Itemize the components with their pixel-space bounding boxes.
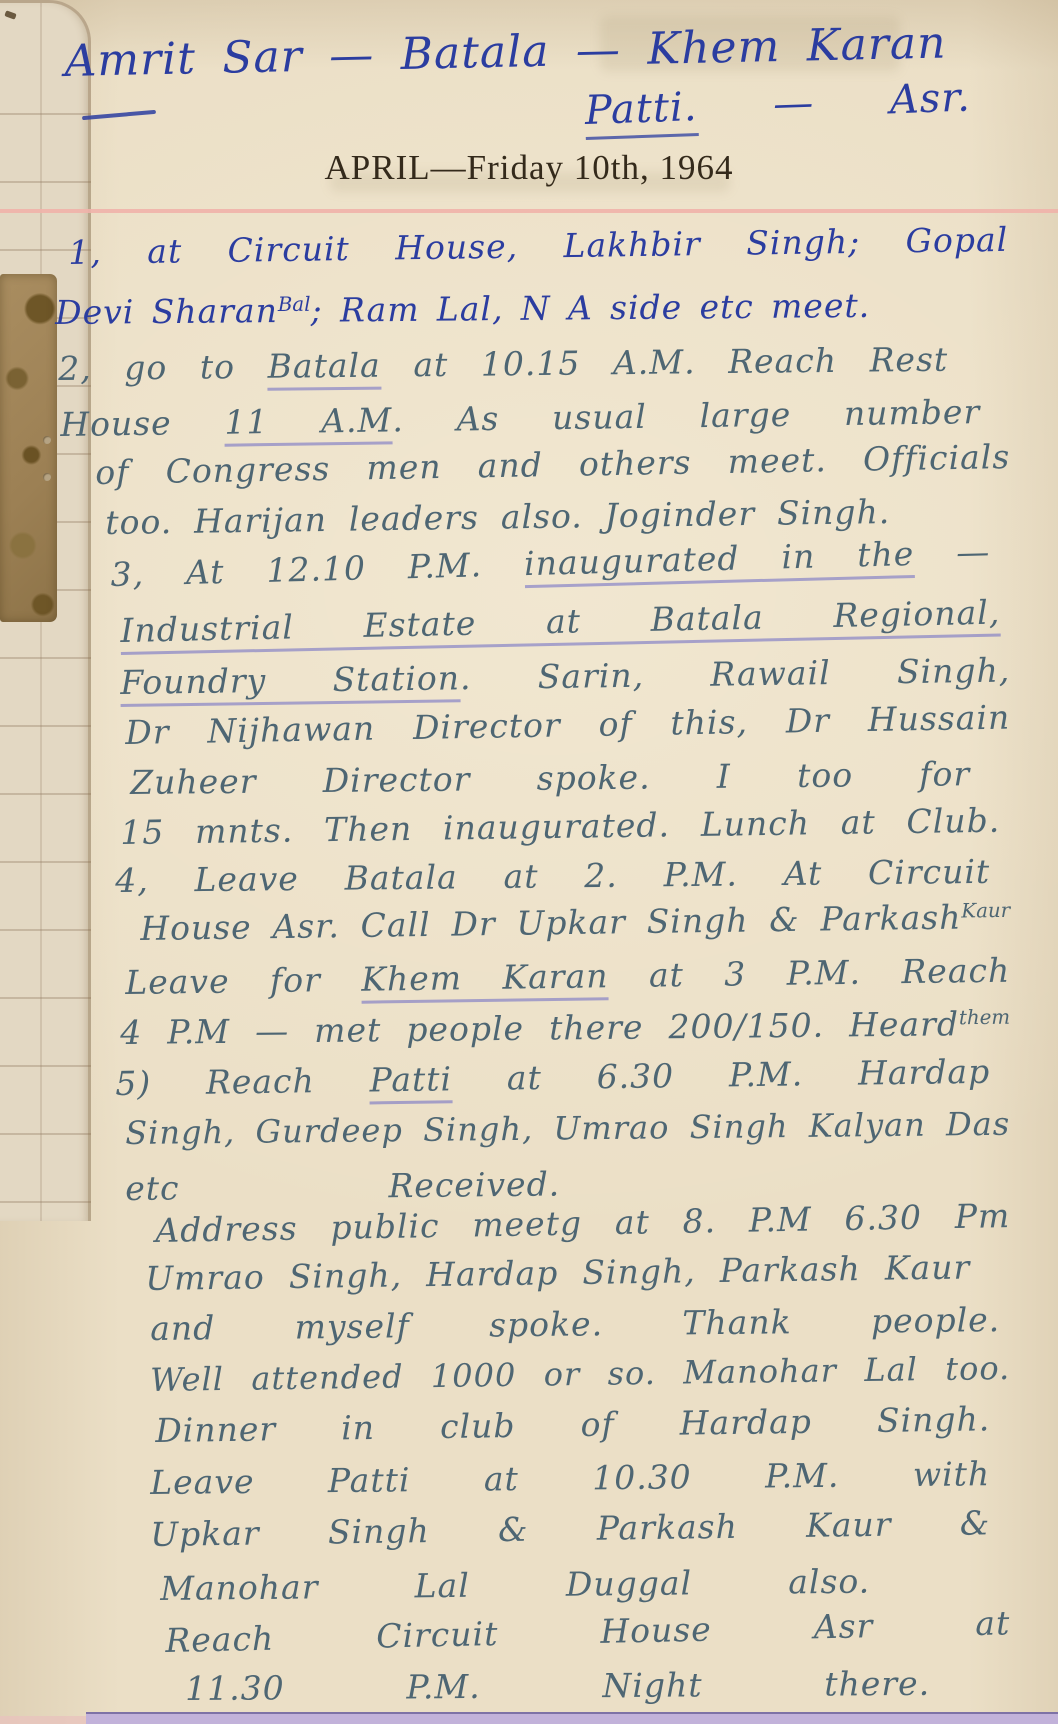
superscript-text: Kaur — [961, 899, 1010, 923]
binding-hole — [43, 436, 51, 444]
line-text: 5) Reach — [115, 1060, 370, 1103]
handwritten-line-24: Dinner in club of Hardap Singh. — [155, 1398, 990, 1451]
line-text: Singh, Gurdeep Singh, Umrao Singh Kalyan… — [125, 1105, 1010, 1152]
handwritten-line-25: Leave Patti at 10.30 P.M. with — [150, 1453, 990, 1503]
line-text: 3, At 12.10 P.M. — [110, 544, 525, 594]
handwritten-line-11: Zuheer Director spoke. I too for — [130, 753, 970, 803]
tape-stain — [0, 274, 57, 622]
line-text: 1, at Circuit House, Lakhbir Singh; Gopa… — [68, 220, 1008, 272]
handwritten-line-26: Upkar Singh & Parkash Kaur & — [150, 1502, 990, 1555]
line-text: Leave for — [125, 960, 362, 1002]
line-text: . Sarin, Rawail Singh, — [460, 651, 1011, 698]
handwritten-line-2: Devi SharanBal; Ram Lal, N A side etc me… — [55, 285, 870, 333]
line-text: Manohar Lal Duggal also. — [160, 1562, 870, 1608]
bottom-left-pink-edge — [0, 1716, 86, 1724]
handwritten-line-22: and myself spoke. Thank people. — [150, 1299, 1000, 1349]
handwritten-line-16: 4 P.M — met people there 200/150. Heardt… — [120, 1003, 1010, 1054]
line-text: too. Harijan leaders also. Joginder Sing… — [105, 492, 890, 542]
line-text: 4 P.M — met people there 200/150. Heard — [120, 1004, 959, 1052]
line-text: Dinner in club of Hardap Singh. — [155, 1399, 990, 1450]
underlined-text: Batala — [267, 346, 381, 391]
line-text: 4, Leave Batala at 2. P.M. At Circuit — [115, 852, 990, 900]
handwritten-line-1: 1, at Circuit House, Lakhbir Singh; Gopa… — [68, 219, 1008, 273]
line-text: ; Ram Lal, N A side etc meet. — [310, 286, 870, 330]
route-patti-underlined: Patti. — [584, 84, 698, 140]
handwritten-line-14: House Asr. Call Dr Upkar Singh & Parkash… — [140, 896, 1010, 949]
handwritten-line-19: etc Received. — [125, 1163, 560, 1209]
handwritten-line-29: 11.30 P.M. Night there. — [185, 1663, 930, 1709]
printed-date: APRIL—Friday 10th, 1964 — [0, 148, 1058, 188]
binding-hole — [43, 473, 51, 481]
line-text: . As usual large number — [392, 392, 980, 439]
handwritten-line-15: Leave for Khem Karan at 3 P.M. Reach — [125, 950, 1010, 1004]
handwritten-line-6: too. Harijan leaders also. Joginder Sing… — [105, 491, 890, 543]
line-text: Devi Sharan — [55, 291, 278, 332]
line-text: Leave Patti at 10.30 P.M. with — [150, 1454, 990, 1502]
line-text: Well attended 1000 or so. Manohar Lal to… — [150, 1349, 1010, 1399]
route-header-line2: Patti. — Asr. — [584, 73, 972, 136]
line-text: Zuheer Director spoke. I too for — [130, 754, 970, 802]
handwritten-line-17: 5) Reach Patti at 6.30 P.M. Hardap — [115, 1051, 990, 1104]
superscript-text: them — [959, 1006, 1010, 1030]
handwritten-line-12: 15 mnts. Then inaugurated. Lunch at Club… — [120, 800, 1000, 854]
header-rule — [0, 209, 1058, 213]
handwritten-line-8: Industrial Estate at Batala Regional, — [120, 592, 1001, 652]
line-text: — — [914, 532, 991, 573]
handwritten-line-9: Foundry Station. Sarin, Rawail Singh, — [120, 650, 1010, 704]
line-text: 11.30 P.M. Night there. — [185, 1664, 930, 1708]
handwritten-line-27: Manohar Lal Duggal also. — [160, 1561, 870, 1610]
handwritten-line-23: Well attended 1000 or so. Manohar Lal to… — [150, 1348, 1010, 1400]
handwritten-line-28: Reach Circuit House Asr at — [165, 1602, 1011, 1661]
underlined-text: Foundry Station — [120, 658, 460, 707]
handwritten-line-21: Umrao Singh, Hardap Singh, Parkash Kaur — [145, 1246, 970, 1299]
route-asr: — Asr. — [772, 75, 971, 128]
handwritten-line-4: House 11 A.M. As usual large number — [60, 391, 980, 445]
underlined-text: Industrial Estate at Batala Regional, — [120, 593, 1001, 655]
diary-page-scan: Amrit Sar — Batala — Khem Karan Patti. —… — [0, 0, 1058, 1724]
line-text: at 10.15 A.M. Reach Rest — [381, 340, 949, 385]
handwritten-line-3: 2, go to Batala at 10.15 A.M. Reach Rest — [58, 339, 948, 390]
handwritten-line-13: 4, Leave Batala at 2. P.M. At Circuit — [115, 851, 990, 901]
underlined-text: Khem Karan — [361, 956, 609, 1003]
handwritten-line-18: Singh, Gurdeep Singh, Umrao Singh Kalyan… — [125, 1104, 1010, 1153]
superscript-text: Bal — [278, 293, 311, 316]
line-text: House Asr. Call Dr Upkar Singh & Parkash — [140, 898, 962, 948]
line-text: at 6.30 P.M. Hardap — [452, 1052, 991, 1099]
line-text: 2, go to — [58, 347, 268, 388]
line-text: Reach Circuit House Asr at — [165, 1603, 1011, 1660]
line-text: Upkar Singh & Parkash Kaur & — [150, 1503, 990, 1554]
underlined-text: inaugurated in the — [524, 534, 915, 588]
line-text: Dr Nijhawan Director of this, Dr Hussain — [125, 698, 1011, 752]
underlined-text: 11 A.M — [224, 400, 392, 446]
line-text: at 3 P.M. Reach — [608, 951, 1010, 996]
line-text: and myself spoke. Thank people. — [150, 1300, 1000, 1348]
underline-stroke-amritsar — [82, 110, 156, 120]
line-text: Umrao Singh, Hardap Singh, Parkash Kaur — [145, 1247, 970, 1298]
line-text: etc Received. — [125, 1164, 560, 1208]
underlined-text: Patti — [369, 1059, 452, 1104]
next-page-purple-edge — [86, 1712, 1058, 1724]
line-text: House — [60, 403, 225, 444]
line-text: 15 mnts. Then inaugurated. Lunch at Club… — [120, 801, 1000, 852]
